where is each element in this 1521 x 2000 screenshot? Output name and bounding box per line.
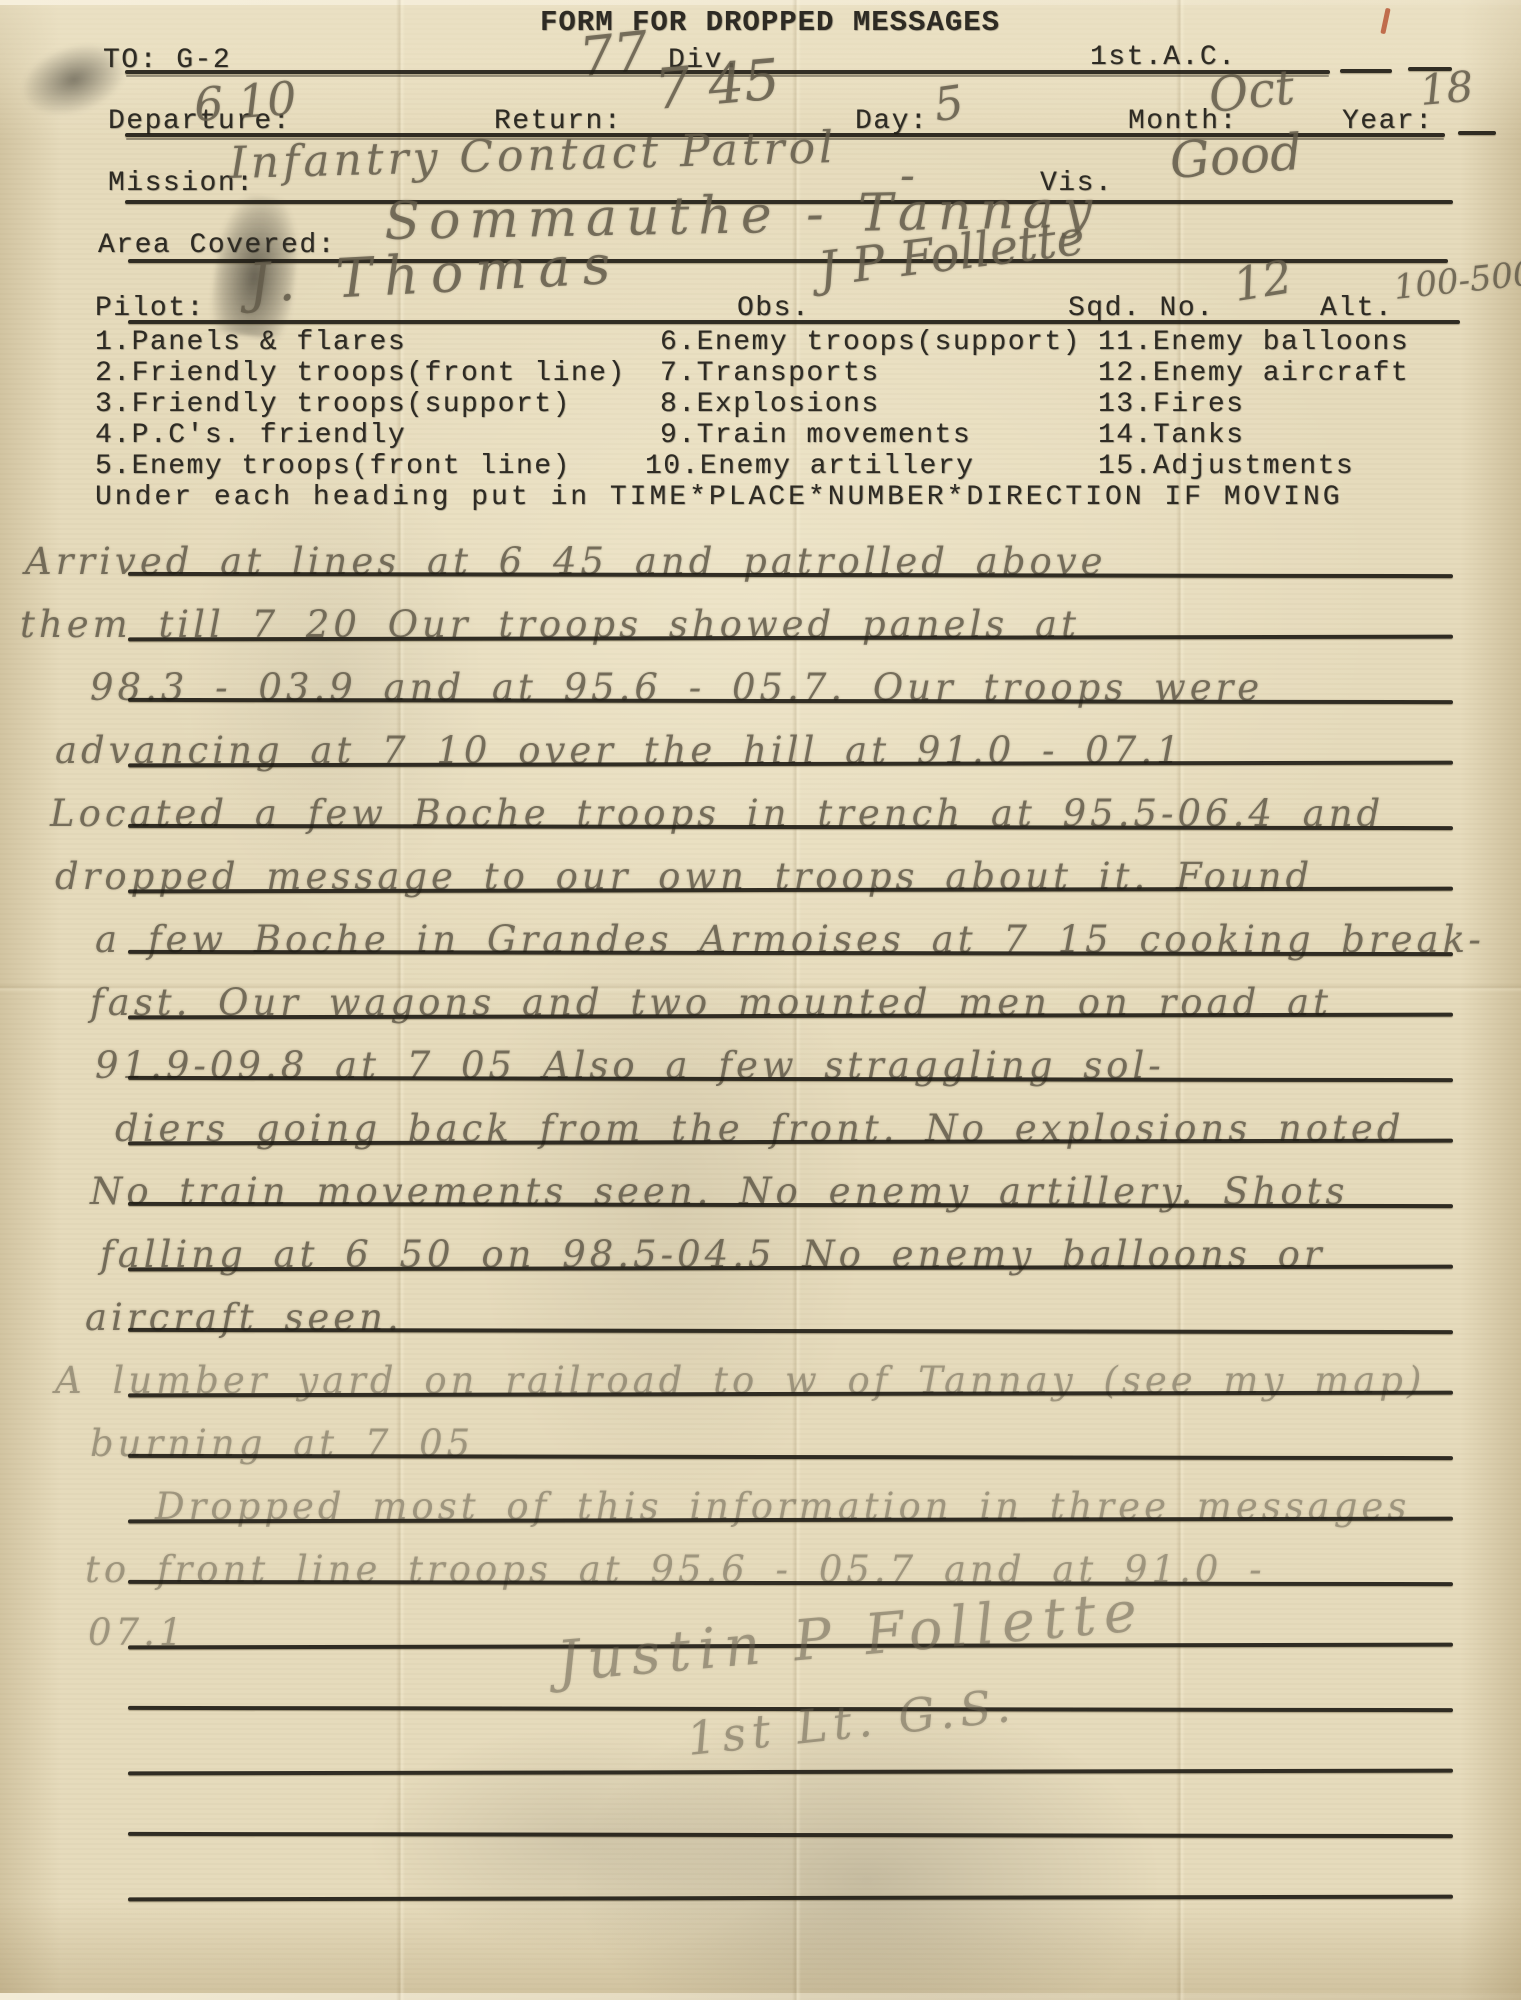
message-line-row [0,1779,1521,1837]
message-line-row: falling at 6 50 on 98.5-04.5 No enemy ba… [0,1212,1521,1270]
ruled-line [128,1769,1453,1776]
key-item: 15.Adjustments [1098,451,1354,482]
message-line-row: Located a few Boche troops in trench at … [0,771,1521,829]
month-value-handwritten: Oct [1206,59,1297,124]
message-line-handwritten: aircraft seen. [85,1296,403,1339]
message-line-row [0,1842,1521,1900]
key-item: 1.Panels & flares [95,327,406,358]
key-instructions: Under each heading put in TIME*PLACE*NUM… [95,482,1343,513]
message-line-row: to front line troops at 95.6 - 05.7 and … [0,1527,1521,1585]
message-line-row: Arrived at lines at 6 45 and patrolled a… [0,519,1521,577]
ruled-line [128,320,1460,324]
return-value-handwritten: 7 45 [652,47,782,123]
day-value-handwritten: 5 [930,74,967,132]
key-row: 3.Friendly troops(support) 8.Explosions … [0,389,1521,419]
ruled-line [1458,131,1496,135]
visibility-value-handwritten: Good [1168,123,1304,190]
message-line-row: aircraft seen. [0,1275,1521,1333]
key-item: 11.Enemy balloons [1098,327,1409,358]
message-line-handwritten: burning at 7 05 [90,1422,474,1465]
message-line-row: dropped message to our own troops about … [0,834,1521,892]
ruled-line [128,1832,1453,1838]
departure-value-handwritten: 6 10 [192,71,298,132]
message-line-row: 91.9-09.8 at 7 05 Also a few straggling … [0,1023,1521,1081]
message-line-row: diers going back from the front. No expl… [0,1086,1521,1144]
message-line-row: Dropped most of this information in thre… [0,1464,1521,1522]
key-item: 5.Enemy troops(front line) [95,451,571,482]
division-number-handwritten: 77 [576,19,651,89]
message-line-row: burning at 7 05 [0,1401,1521,1459]
key-item: 2.Friendly troops(front line) [95,358,626,389]
message-line-row: No train movements seen. No enemy artill… [0,1149,1521,1207]
ruled-line [1340,69,1392,73]
key-item: 6.Enemy troops(support) [660,327,1081,358]
year-value-handwritten: 18 [1418,62,1476,115]
message-line-row: A lumber yard on railroad to w of Tannay… [0,1338,1521,1396]
key-row: 5.Enemy troops(front line) 10.Enemy arti… [0,451,1521,481]
dropped-message-form-scan: FORM FOR DROPPED MESSAGES TO: G-2 77 Div… [0,0,1521,2000]
key-item: 4.P.C's. friendly [95,420,406,451]
key-item: 14.Tanks [1098,420,1244,451]
key-item: 12.Enemy aircraft [1098,358,1409,389]
message-line-row: 98.3 - 03.9 and at 95.6 - 05.7. Our troo… [0,645,1521,703]
key-row: 1.Panels & flares 6.Enemy troops(support… [0,327,1521,357]
key-item: 8.Explosions [660,389,880,420]
red-fiber-mark [1380,8,1390,34]
ruled-line [128,1895,1453,1902]
message-line-row: a few Boche in Grandes Armoises at 7 15 … [0,897,1521,955]
key-item: 7.Transports [660,358,880,389]
message-line-row: fast. Our wagons and two mounted men on … [0,960,1521,1018]
message-line-row: advancing at 7 10 over the hill at 91.0 … [0,708,1521,766]
paper-edge-bottom [0,1993,1521,2000]
key-item: 13.Fires [1098,389,1244,420]
message-line-row: them till 7 20 Our troops showed panels … [0,582,1521,640]
squadron-number-value-handwritten: 12 [1230,250,1296,312]
key-item: 3.Friendly troops(support) [95,389,571,420]
key-item: 9.Train movements [660,420,971,451]
paper-edge-top [0,0,1521,5]
key-item: 10.Enemy artillery [645,451,974,482]
key-row: 2.Friendly troops(front line) 7.Transpor… [0,358,1521,388]
key-row: 4.P.C's. friendly 9.Train movements 14.T… [0,420,1521,450]
